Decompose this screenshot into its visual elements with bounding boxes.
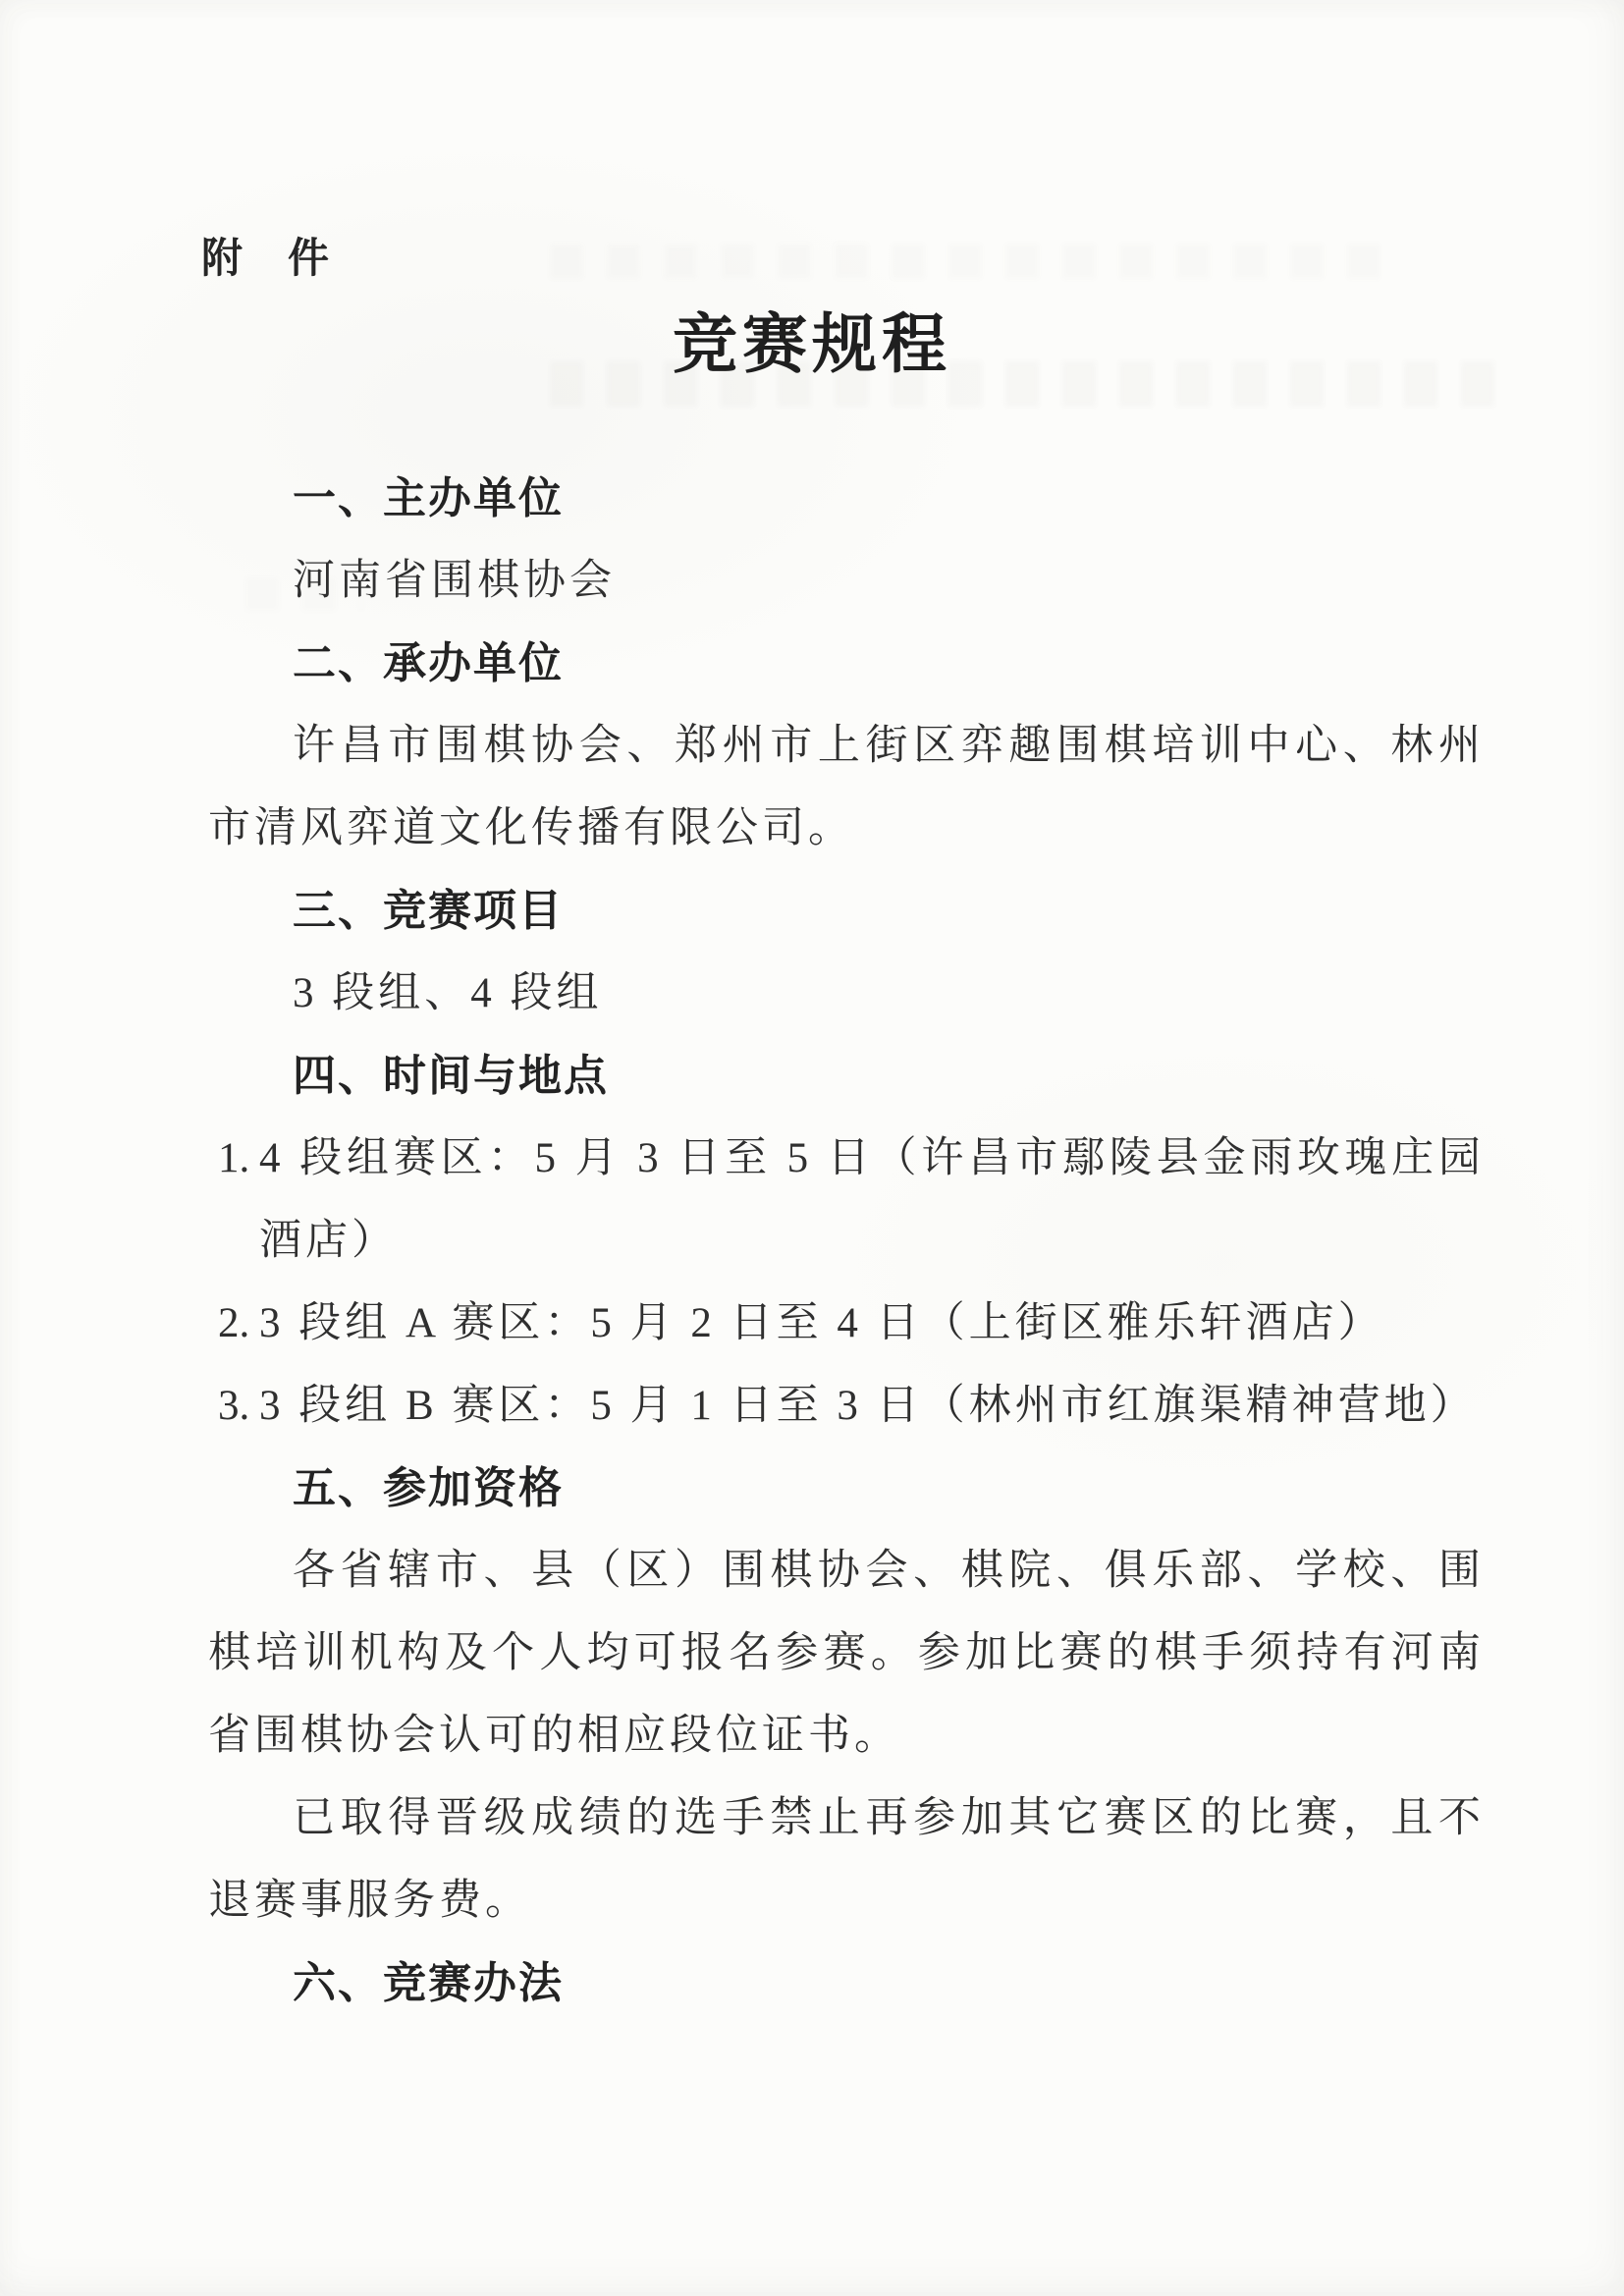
scan-bleedthrough-artifact [550,244,1394,279]
list-item-number: 1. [218,1118,249,1200]
section-heading-time-location: 四、时间与地点 [208,1035,1485,1118]
attachment-label: 附 件 [201,226,331,285]
list-item-text: 3 段组 A 赛区：5 月 2 日至 4 日（上街区雅乐轩酒店） [259,1300,1384,1346]
list-item-text: 4 段组赛区：5 月 3 日至 5 日（许昌市鄢陵县金雨玫瑰庄园酒店） [259,1135,1485,1264]
paragraph-events: 3 段组、4 段组 [208,953,1485,1035]
list-item-number: 3. [218,1365,249,1448]
paragraph-organizer: 河南省围棋协会 [208,540,1485,623]
document-body: 一、主办单位 河南省围棋协会 二、承办单位 许昌市围棋协会、郑州市上街区弈趣围棋… [208,458,1485,2025]
section-heading-events: 三、竞赛项目 [208,870,1485,953]
section-heading-eligibility: 五、参加资格 [208,1448,1485,1530]
list-item: 1. 4 段组赛区：5 月 3 日至 5 日（许昌市鄢陵县金雨玫瑰庄园酒店） [208,1118,1485,1283]
section-heading-undertaker: 二、承办单位 [208,623,1485,705]
time-location-list: 1. 4 段组赛区：5 月 3 日至 5 日（许昌市鄢陵县金雨玫瑰庄园酒店） 2… [208,1118,1485,1448]
section-heading-organizer: 一、主办单位 [208,458,1485,540]
list-item-number: 2. [218,1283,249,1365]
document-title: 竞赛规程 [0,302,1624,385]
paragraph-eligibility-1: 各省辖市、县（区）围棋协会、棋院、俱乐部、学校、围棋培训机构及个人均可报名参赛。… [208,1530,1485,1777]
section-heading-method: 六、竞赛办法 [208,1942,1485,2025]
paragraph-eligibility-2: 已取得晋级成绩的选手禁止再参加其它赛区的比赛，且不退赛事服务费。 [208,1777,1485,1942]
list-item: 2. 3 段组 A 赛区：5 月 2 日至 4 日（上街区雅乐轩酒店） [208,1283,1485,1365]
scanned-document-page: 附 件 竞赛规程 一、主办单位 河南省围棋协会 二、承办单位 许昌市围棋协会、郑… [0,0,1624,2296]
paragraph-undertaker: 许昌市围棋协会、郑州市上街区弈趣围棋培训中心、林州市清风弈道文化传播有限公司。 [208,705,1485,870]
list-item: 3. 3 段组 B 赛区：5 月 1 日至 3 日（林州市红旗渠精神营地） [208,1365,1485,1448]
list-item-text: 3 段组 B 赛区：5 月 1 日至 3 日（林州市红旗渠精神营地） [259,1383,1477,1429]
